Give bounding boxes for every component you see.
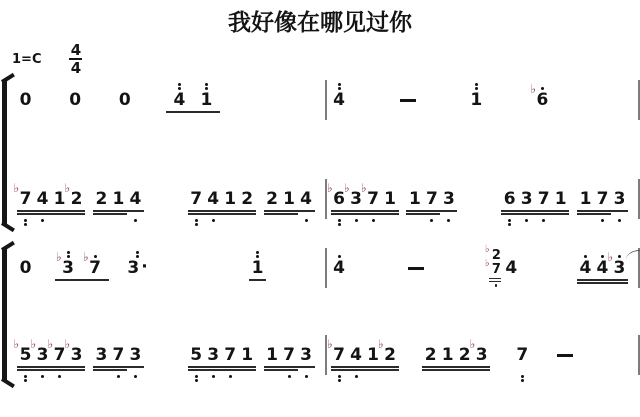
digit-row: 1 [406,190,423,208]
beam-lines [281,208,298,217]
beam-line [51,366,68,368]
bass-line: ♭5♭3♭7♭33735371173♭741♭2212♭37 [0,335,640,382]
beam-lines [51,364,68,373]
digit-row: 4 [205,190,222,208]
dash-note [405,248,427,295]
note-digit: 2 [241,190,253,208]
beam-line [264,213,281,215]
beam-line [281,213,298,215]
note-digit: 2 [95,190,107,208]
beam-line [93,366,110,368]
octave-dot-below [195,223,198,226]
digit-row: 3 [611,190,628,208]
beam-line [365,210,382,212]
beam-line [501,213,518,215]
digit-row: ♭2 [68,190,85,208]
note-digit: 7 [597,190,609,208]
measure: 00041 [13,80,325,127]
octave-dots-below [195,217,198,226]
note-digit: 4 [580,259,592,277]
digit-row: ♭3 [55,259,82,277]
measure: 41♭6 [327,80,639,127]
note-group: 214 [264,179,315,226]
note-digit: 1 [266,346,278,364]
system-bracket-icon [2,249,7,380]
digit-row: ♭3 [473,346,490,364]
note-digit: 3 [521,190,533,208]
beam-line [222,369,239,371]
note-digit: 0 [69,91,81,109]
note: 1 [249,248,266,295]
beam-lines [331,208,348,217]
augmentation-dot: · [141,259,147,277]
beam-line [331,213,348,215]
note: 4 [577,248,594,295]
dash-note [554,335,576,382]
digit-row: ♭7 [17,190,34,208]
note-digit: 0 [20,91,32,109]
octave-dot-below [430,219,433,222]
beam-line [594,282,611,284]
beam-line [82,279,109,281]
note: 1 [193,80,220,127]
beam-lines [222,364,239,373]
note: 0 [17,248,34,295]
grace-note-bottom: ♭7 [492,263,501,276]
octave-dots-below [134,217,137,226]
note: 2 [422,335,439,382]
octave-dot-below [212,375,215,378]
beam-line [577,213,594,215]
note-group: 173 [264,335,315,382]
beam-line [422,369,439,371]
note-digit: 3 [207,346,219,364]
beam-line [34,369,51,371]
digit-row: 0 [17,91,34,109]
note-digit: 3 [62,259,74,277]
beam-line [518,213,535,215]
note-digit: 2 [71,190,83,208]
note: ♭7 [17,179,34,226]
beam-line [382,369,399,371]
note-digit: 4 [207,190,219,208]
beam-line [17,213,34,215]
octave-dots-below [338,217,341,226]
beam-line [594,279,611,281]
beam-lines [205,364,222,373]
beam-lines [67,109,84,118]
measure: 0♭3♭73·1 [13,248,325,295]
beam-lines [518,208,535,217]
beam-line [93,213,110,215]
octave-dot-above [178,83,181,86]
octave-dot-below [525,219,528,222]
beam-line [188,210,205,212]
digit-row: 2 [422,346,439,364]
flat-icon: ♭ [530,83,536,95]
note: 1 [468,80,485,127]
note: 1 [552,179,569,226]
note: 1 [281,179,298,226]
beam-line [331,210,348,212]
note: 3 [127,335,144,382]
beam-line [222,366,239,368]
beam-lines [552,208,569,217]
note-digit: 0 [119,91,131,109]
note: 7 [535,179,552,226]
octave-dot-below [134,375,137,378]
octave-dot-below [338,223,341,226]
note: 7 [188,179,205,226]
note-digit: 3 [127,259,139,277]
beam-line [439,369,456,371]
note-group: 41 [166,80,220,127]
note: 3 [93,335,110,382]
beam-lines [365,208,382,217]
octave-dot-below [305,375,308,378]
note-digit: 7 [224,346,236,364]
system-bracket-icon [2,81,7,224]
beam-lines [473,364,490,373]
system: 0♭3♭73·14♭2♭7444♭3♭5♭3♭7♭33735371173♭741… [0,248,640,382]
beam-lines [348,208,365,217]
beam-line [222,210,239,212]
octave-dot-below [338,379,341,382]
digit-row: 3· [129,259,146,277]
flat-icon: ♭ [65,182,71,194]
beam-lines [439,364,456,373]
beam-line [239,369,256,371]
beam-lines [110,364,127,373]
note-digit: 1 [112,190,124,208]
note-digit: 1 [555,190,567,208]
dash-icon [408,267,424,270]
beam-line [17,210,34,212]
beam-line [127,366,144,368]
note: 7 [281,335,298,382]
note: ♭2 [68,179,85,226]
beam-line [239,210,256,212]
digit-row [405,259,427,277]
beam-lines [34,208,51,217]
note-digit: 3 [614,259,626,277]
beam-lines [166,109,193,118]
flat-icon: ♭ [31,338,37,350]
note-digit: 6 [504,190,516,208]
octave-dots-below [601,217,604,226]
note-digit: 3 [614,190,626,208]
digit-row: 7 [281,346,298,364]
note: 7 [222,335,239,382]
beam-line [489,278,501,279]
note: 3 [298,335,315,382]
note-digit: 1 [384,190,396,208]
octave-dot-below [601,219,604,222]
sheet-music-page: 我好像在哪见过你 1=C 4 4 0004141♭6♭741♭221474122… [0,0,640,417]
note: 1 [382,179,399,226]
octave-dots-below [542,217,545,226]
note-group: 6371 [501,179,569,226]
measure: ♭741♭22147412214 [13,179,325,226]
note: 4 [127,179,144,226]
grace-chord-cell: ♭2♭74 [484,248,520,295]
flat-icon: ♭ [14,182,20,194]
note-digit: 1 [409,190,421,208]
beam-lines [331,109,348,118]
note-digit: 7 [112,346,124,364]
beam-lines [594,277,611,286]
beam-line [577,282,594,284]
note-digit: 7 [190,190,202,208]
beam-line [423,210,440,212]
octave-dots-below [618,217,621,226]
beam-line [440,210,457,212]
octave-dot-below [355,375,358,378]
octave-dot-below [495,284,498,287]
digit-row: 2 [93,190,110,208]
octave-dots-below [305,373,308,382]
score: 0004141♭6♭741♭22147412214♭6♭3♭7117363711… [0,80,640,382]
beam-line [611,282,628,284]
note-group: ♭3♭7 [55,248,109,295]
octave-dot-below [117,375,120,378]
digit-row: 1 [552,190,569,208]
note: ♭3 [611,248,628,295]
note-digit: 4 [333,259,345,277]
digit-row [554,346,576,364]
beam-lines [554,364,576,373]
note-digit: 4 [129,190,141,208]
beam-lines [264,208,281,217]
note-group: 173 [406,179,457,226]
note-digit: 7 [426,190,438,208]
beam-line [68,210,85,212]
beam-line [205,210,222,212]
beam-line [594,213,611,215]
beam-line [348,210,365,212]
note-digit: 3 [71,346,83,364]
beam-lines [93,208,110,217]
beam-line [406,210,423,212]
note: 3 [440,179,457,226]
flat-icon: ♭ [327,338,333,350]
note: 1 [406,179,423,226]
octave-dots-below [58,373,61,382]
beam-lines [249,277,266,286]
octave-dot-below [521,375,524,378]
beam-lines [110,208,127,217]
beam-line [166,111,193,113]
beam-lines [577,277,594,286]
beam-line [51,369,68,371]
octave-dots-below [355,373,358,382]
digit-row: ♭7 [82,259,109,277]
beam-lines [397,109,419,118]
flat-icon: ♭ [48,338,54,350]
digit-row: 1 [577,190,594,208]
beam-line [535,210,552,212]
beam-lines [188,364,205,373]
beam-lines [93,364,110,373]
song-title: 我好像在哪见过你 [0,8,640,38]
beam-line [127,210,144,212]
beam-line [222,213,239,215]
beam-line [188,366,205,368]
octave-dot-below [41,219,44,222]
flat-icon: ♭ [327,182,333,194]
digit-row: 1 [468,91,485,109]
dash-icon [557,354,573,357]
octave-dot-below [305,219,308,222]
note-digit: 1 [283,190,295,208]
digit-row: 6 [501,190,518,208]
beam-lines [51,208,68,217]
note: 3 [611,179,628,226]
beam-line [68,213,85,215]
beam-line [93,369,110,371]
digit-row: 4 [298,190,315,208]
beam-line [552,210,569,212]
beam-line [264,366,281,368]
note: 3 [205,335,222,382]
beam-line [473,366,490,368]
note: 1 [439,335,456,382]
beam-line [298,366,315,368]
beam-line [456,366,473,368]
note: ♭3 [68,335,85,382]
beam-line [348,366,365,368]
beam-lines [382,364,399,373]
beam-line [188,369,205,371]
beam-line [535,213,552,215]
beam-lines [331,364,348,373]
note: 1 [239,335,256,382]
note: 3 [518,179,535,226]
beam-lines [17,277,34,286]
octave-dots-below [521,373,524,382]
octave-dots-below [195,373,198,382]
digit-row: 7 [514,346,531,364]
flat-icon: ♭ [83,251,89,263]
note-digit: 5 [190,346,202,364]
note: ♭6 [534,80,551,127]
beam-line [611,279,628,281]
digit-row: 4 [331,259,348,277]
beam-line [439,366,456,368]
flat-icon: ♭ [56,251,62,263]
octave-dot-below [372,219,375,222]
beam-lines [422,364,439,373]
digit-row: 3 [127,346,144,364]
octave-dots-below [430,217,433,226]
flat-icon: ♭ [361,182,367,194]
octave-dots-below [372,217,375,226]
digit-row: ♭7 [331,346,348,364]
note-digit: 4 [505,259,517,277]
flat-icon: ♭ [344,182,350,194]
beam-line [348,213,365,215]
beam-lines [535,208,552,217]
note: ♭7 [365,179,382,226]
octave-dot-below [338,375,341,378]
beam-line [205,366,222,368]
beam-line [594,210,611,212]
beam-line [17,369,34,371]
beam-lines [456,364,473,373]
beam-lines [348,364,365,373]
beam-line [264,210,281,212]
note: 7 [110,335,127,382]
note-group: 214 [93,179,144,226]
digit-row: 1 [249,259,266,277]
digit-row: 2 [239,190,256,208]
digit-row [397,91,419,109]
octave-dots-below [212,217,215,226]
note: 4 [298,179,315,226]
note-group: 373 [93,335,144,382]
note-group: ♭6♭3♭71 [331,179,399,226]
note-digit: 3 [95,346,107,364]
time-signature-numerator: 4 [71,43,81,57]
digit-row: 4 [577,259,594,277]
note-digit: 3 [300,346,312,364]
beam-lines [594,208,611,217]
beam-line [298,210,315,212]
beam-line [264,369,281,371]
octave-dot-above [67,251,70,254]
digit-row: 1 [382,190,399,208]
digit-row: 7 [423,190,440,208]
beam-line [188,213,205,215]
digit-row: 7 [594,190,611,208]
beam-line [34,366,51,368]
note: 0 [116,80,133,127]
note-digit: 7 [538,190,550,208]
beam-line [456,369,473,371]
note-group: 5371 [188,335,256,382]
digit-row: 7 [535,190,552,208]
beam-line [68,369,85,371]
octave-dots-below [24,373,27,382]
beam-line [239,366,256,368]
beam-line [422,366,439,368]
octave-dot-above [136,251,139,254]
beam-line [68,366,85,368]
note-digit: 0 [20,259,32,277]
note: 3· [129,248,146,295]
beam-lines [611,208,628,217]
grace-note-top: ♭2 [492,249,501,262]
flat-icon: ♭ [607,251,613,263]
digit-row: ♭6 [534,91,551,109]
beam-lines [188,208,205,217]
octave-dots-below [41,217,44,226]
beam-line [348,369,365,371]
beam-lines [577,208,594,217]
octave-dot-below [355,219,358,222]
note: 4 [205,179,222,226]
digit-row: 1 [222,190,239,208]
beam-line [501,210,518,212]
beam-lines [127,364,144,373]
note-group: 212♭3 [422,335,490,382]
beam-lines [440,208,457,217]
beam-line [365,366,382,368]
octave-dot-below [542,219,545,222]
beam-line [193,111,220,113]
note-digit: 4 [300,190,312,208]
digit-row: ♭7 [365,190,382,208]
